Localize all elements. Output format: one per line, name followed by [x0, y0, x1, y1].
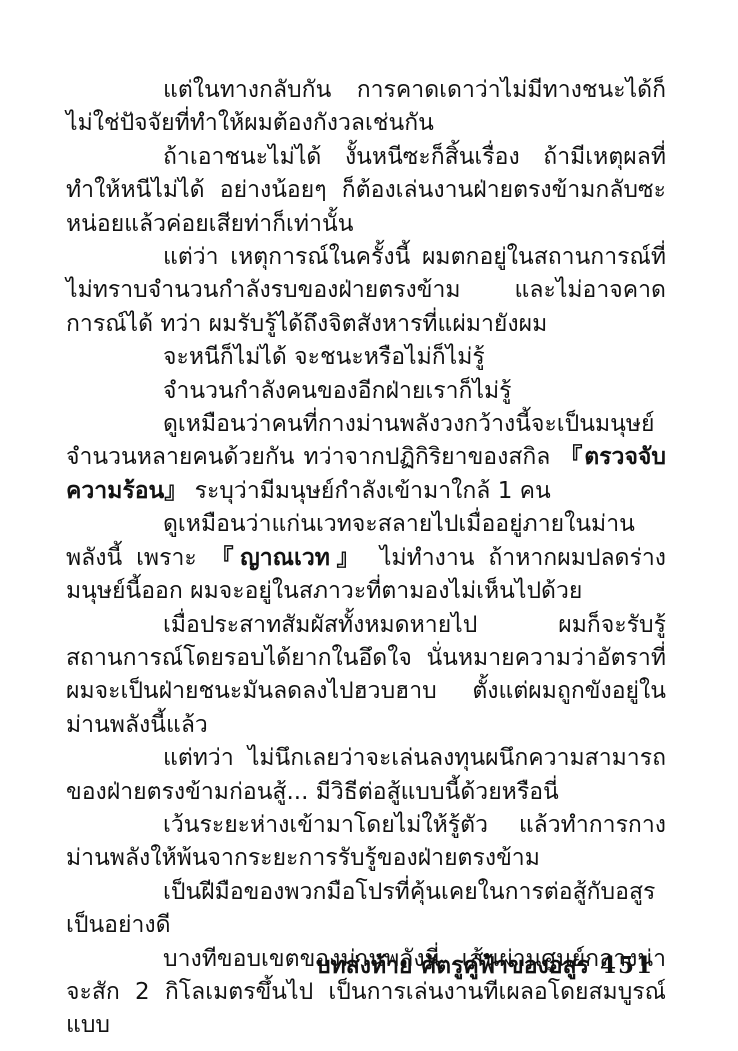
text-segment: ถ้าเอาชนะไม่ได้ งั้นหนีซะก็สิ้นเรื่อง ถ้… — [66, 144, 666, 237]
text-segment: เป็นฝีมือของพวกมือโปรที่คุ้นเคยในการต่อส… — [66, 879, 655, 938]
text-segment: แต่ในทางกลับกัน การคาดเดาว่าไม่มีทางชนะไ… — [66, 77, 666, 136]
paragraph: แต่ในทางกลับกัน การคาดเดาว่าไม่มีทางชนะไ… — [66, 74, 666, 141]
skill-name: 『ญาณเวท』 — [211, 545, 366, 571]
footer-book-title: ศัตรูคู่ฟ้าของอสูร — [422, 952, 589, 979]
page-body: แต่ในทางกลับกัน การคาดเดาว่าไม่มีทางชนะไ… — [66, 74, 666, 1043]
paragraph: จะหนีก็ไม่ได้ จะชนะหรือไม่ก็ไม่รู้ — [66, 341, 666, 374]
footer-page-number: 451 — [600, 952, 654, 979]
text-segment: เว้นระยะห่างเข้ามาโดยไม่ให้รู้ตัว แล้วทำ… — [66, 812, 666, 871]
paragraph: แต่ว่า เหตุการณ์ในครั้งนี้ ผมตกอยู่ในสถา… — [66, 241, 666, 341]
paragraph: ดูเหมือนว่าแก่นเวทจะสลายไปเมื่ออยู่ภายใน… — [66, 508, 666, 608]
paragraph: ถ้าเอาชนะไม่ได้ งั้นหนีซะก็สิ้นเรื่อง ถ้… — [66, 141, 666, 241]
book-page: แต่ในทางกลับกัน การคาดเดาว่าไม่มีทางชนะไ… — [0, 0, 738, 1051]
text-segment: แต่ทว่า ไม่นึกเลยว่าจะเล่นลงทุนผนึกความส… — [66, 745, 666, 804]
paragraph: จำนวนกำลังคนของอีกฝ่ายเราก็ไม่รู้ — [66, 375, 666, 408]
text-segment: จำนวนกำลังคนของอีกฝ่ายเราก็ไม่รู้ — [163, 378, 512, 404]
paragraph: เมื่อประสาทสัมผัสทั้งหมดหายไป ผมก็จะรับร… — [66, 609, 666, 743]
paragraph: เว้นระยะห่างเข้ามาโดยไม่ให้รู้ตัว แล้วทำ… — [66, 809, 666, 876]
page-footer: บทส่งท้ายศัตรูคู่ฟ้าของอสูร451 — [316, 950, 654, 982]
text-segment: จะหนีก็ไม่ได้ จะชนะหรือไม่ก็ไม่รู้ — [163, 344, 485, 370]
paragraph: แต่ทว่า ไม่นึกเลยว่าจะเล่นลงทุนผนึกความส… — [66, 742, 666, 809]
footer-chapter-name: บทส่งท้าย — [316, 952, 413, 979]
text-segment: ระบุว่ามีมนุษย์กำลังเข้ามาใกล้ 1 คน — [187, 478, 551, 504]
paragraph: ดูเหมือนว่าคนที่กางม่านพลังวงกว้างนี้จะเ… — [66, 408, 666, 508]
paragraph: เป็นฝีมือของพวกมือโปรที่คุ้นเคยในการต่อส… — [66, 876, 666, 943]
text-segment: แต่ว่า เหตุการณ์ในครั้งนี้ ผมตกอยู่ในสถา… — [66, 244, 666, 337]
text-segment: เมื่อประสาทสัมผัสทั้งหมดหายไป ผมก็จะรับร… — [66, 612, 666, 738]
